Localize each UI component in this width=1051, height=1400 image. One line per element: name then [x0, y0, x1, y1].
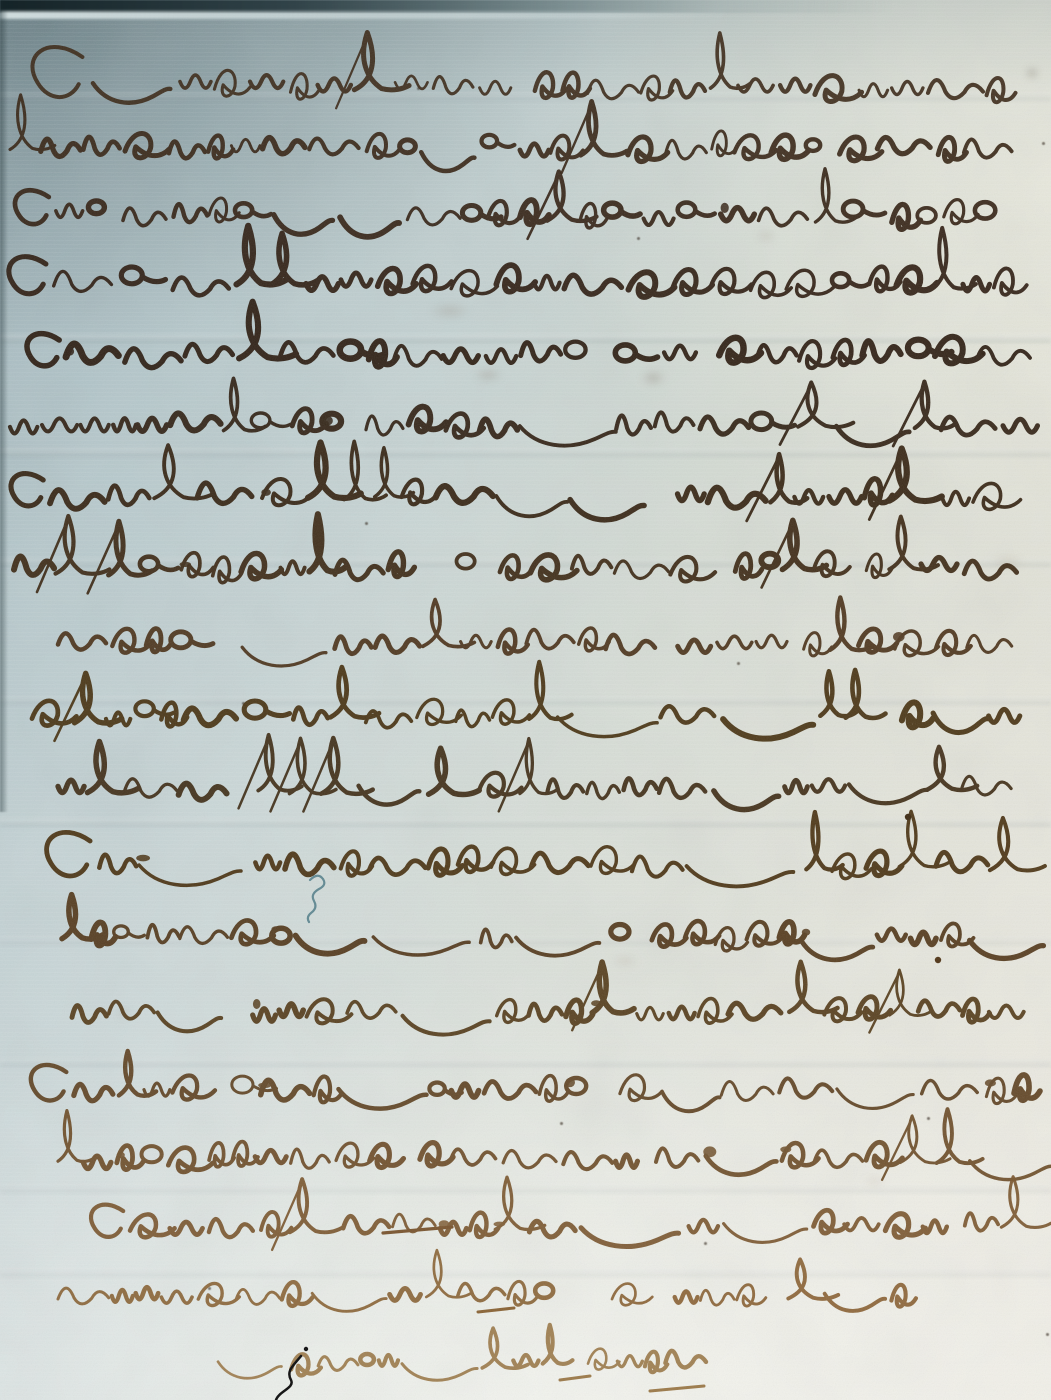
photo-grain-texture — [0, 0, 1051, 1400]
manuscript-photo — [0, 0, 1051, 1400]
paper-deckle-highlight — [0, 11, 1051, 19]
handwriting-layer — [0, 0, 1051, 1400]
paper-left-edge-shadow — [0, 0, 8, 812]
